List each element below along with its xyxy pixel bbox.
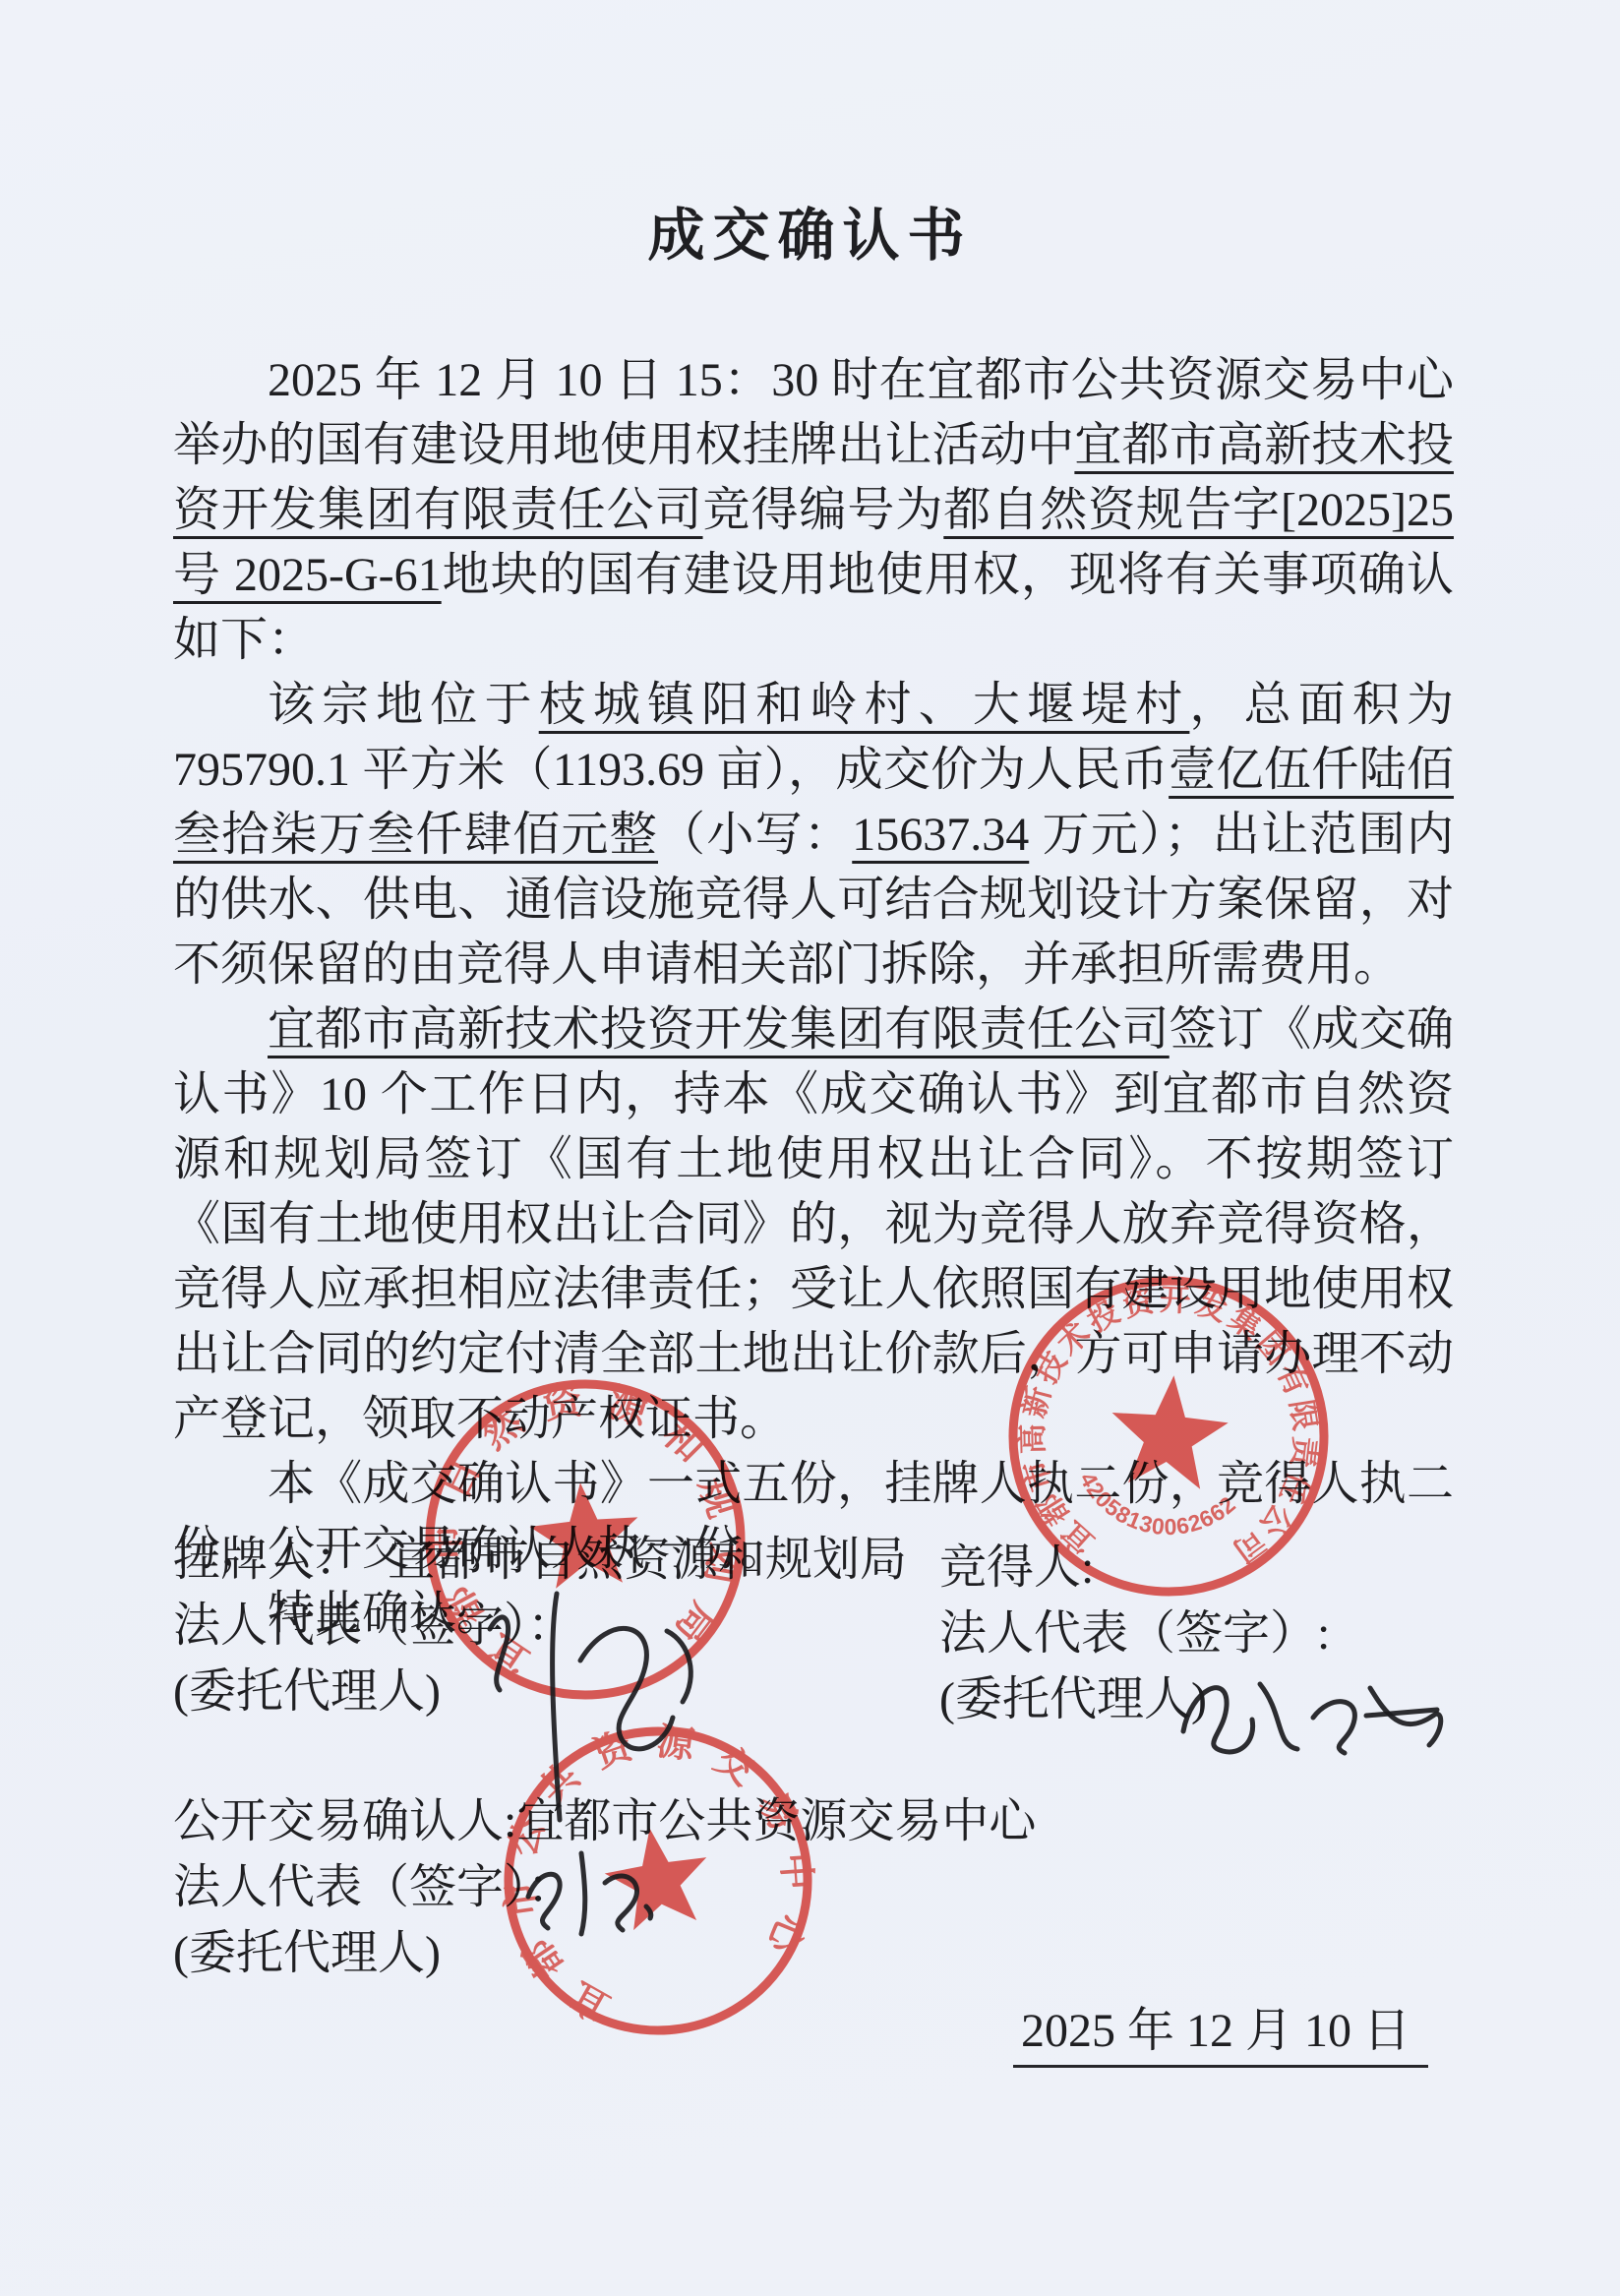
star-icon [1107, 1370, 1232, 1491]
text-run: 宜都市高新技术投资开发集团有限责任公司 [268, 1003, 1170, 1056]
signature-stroke [581, 1853, 585, 1934]
date-text: 2025 年 12 月 10 日 [1013, 2005, 1428, 2068]
confirmer-handwritten-signature [507, 1836, 674, 1944]
text-run: 15637.34 [852, 809, 1029, 861]
paragraph-parcel-price: 该宗地位于枝城镇阳和岭村、大堰堤村，总面积为 795790.1 平方米（1193… [173, 673, 1454, 997]
paragraph-auction-result: 2025 年 12 月 10 日 15：30 时在宜都市公共资源交易中心举办的国… [173, 348, 1454, 673]
signature-stroke [580, 1628, 673, 1748]
signature-stroke [528, 1874, 560, 1928]
document-title: 成交确认书 [0, 189, 1620, 272]
signature-stroke [1183, 1688, 1253, 1752]
lister-handwritten-signature [462, 1572, 718, 1847]
signature-stroke [1366, 1710, 1437, 1716]
scanned-document-page: 成交确认书 2025 年 12 月 10 日 15：30 时在宜都市公共资源交易… [0, 0, 1620, 2296]
signature-stroke [553, 1594, 560, 1820]
text-run: （小写： [658, 809, 852, 861]
signature-stroke [646, 1906, 651, 1918]
seal-hitech-investment-company: 宜都市高新技术投资开发集团有限责任公司 42058130062662 [982, 1249, 1354, 1622]
text-run: 该宗地位于 [268, 679, 539, 731]
lister-label: 挂牌人： [173, 1534, 362, 1586]
confirmer-signature-svg [507, 1836, 674, 1944]
signature-stroke [1313, 1702, 1354, 1753]
text-run: 竞得编号为 [703, 484, 944, 536]
signature-stroke [605, 1876, 637, 1930]
signature-stroke [667, 1631, 690, 1702]
signature-stroke [1260, 1684, 1297, 1749]
lister-signature-svg [462, 1572, 718, 1847]
winner-handwritten-signature [1166, 1655, 1451, 1773]
winner-signature-svg [1166, 1655, 1451, 1773]
seal-company-svg: 宜都市高新技术投资开发集团有限责任公司 42058130062662 [982, 1249, 1354, 1622]
date-line: 2025 年 12 月 10 日 [1013, 1999, 1428, 2064]
text-run: 枝城镇阳和岭村、大堰堤村 [539, 679, 1190, 731]
signature-stroke [490, 1617, 509, 1690]
